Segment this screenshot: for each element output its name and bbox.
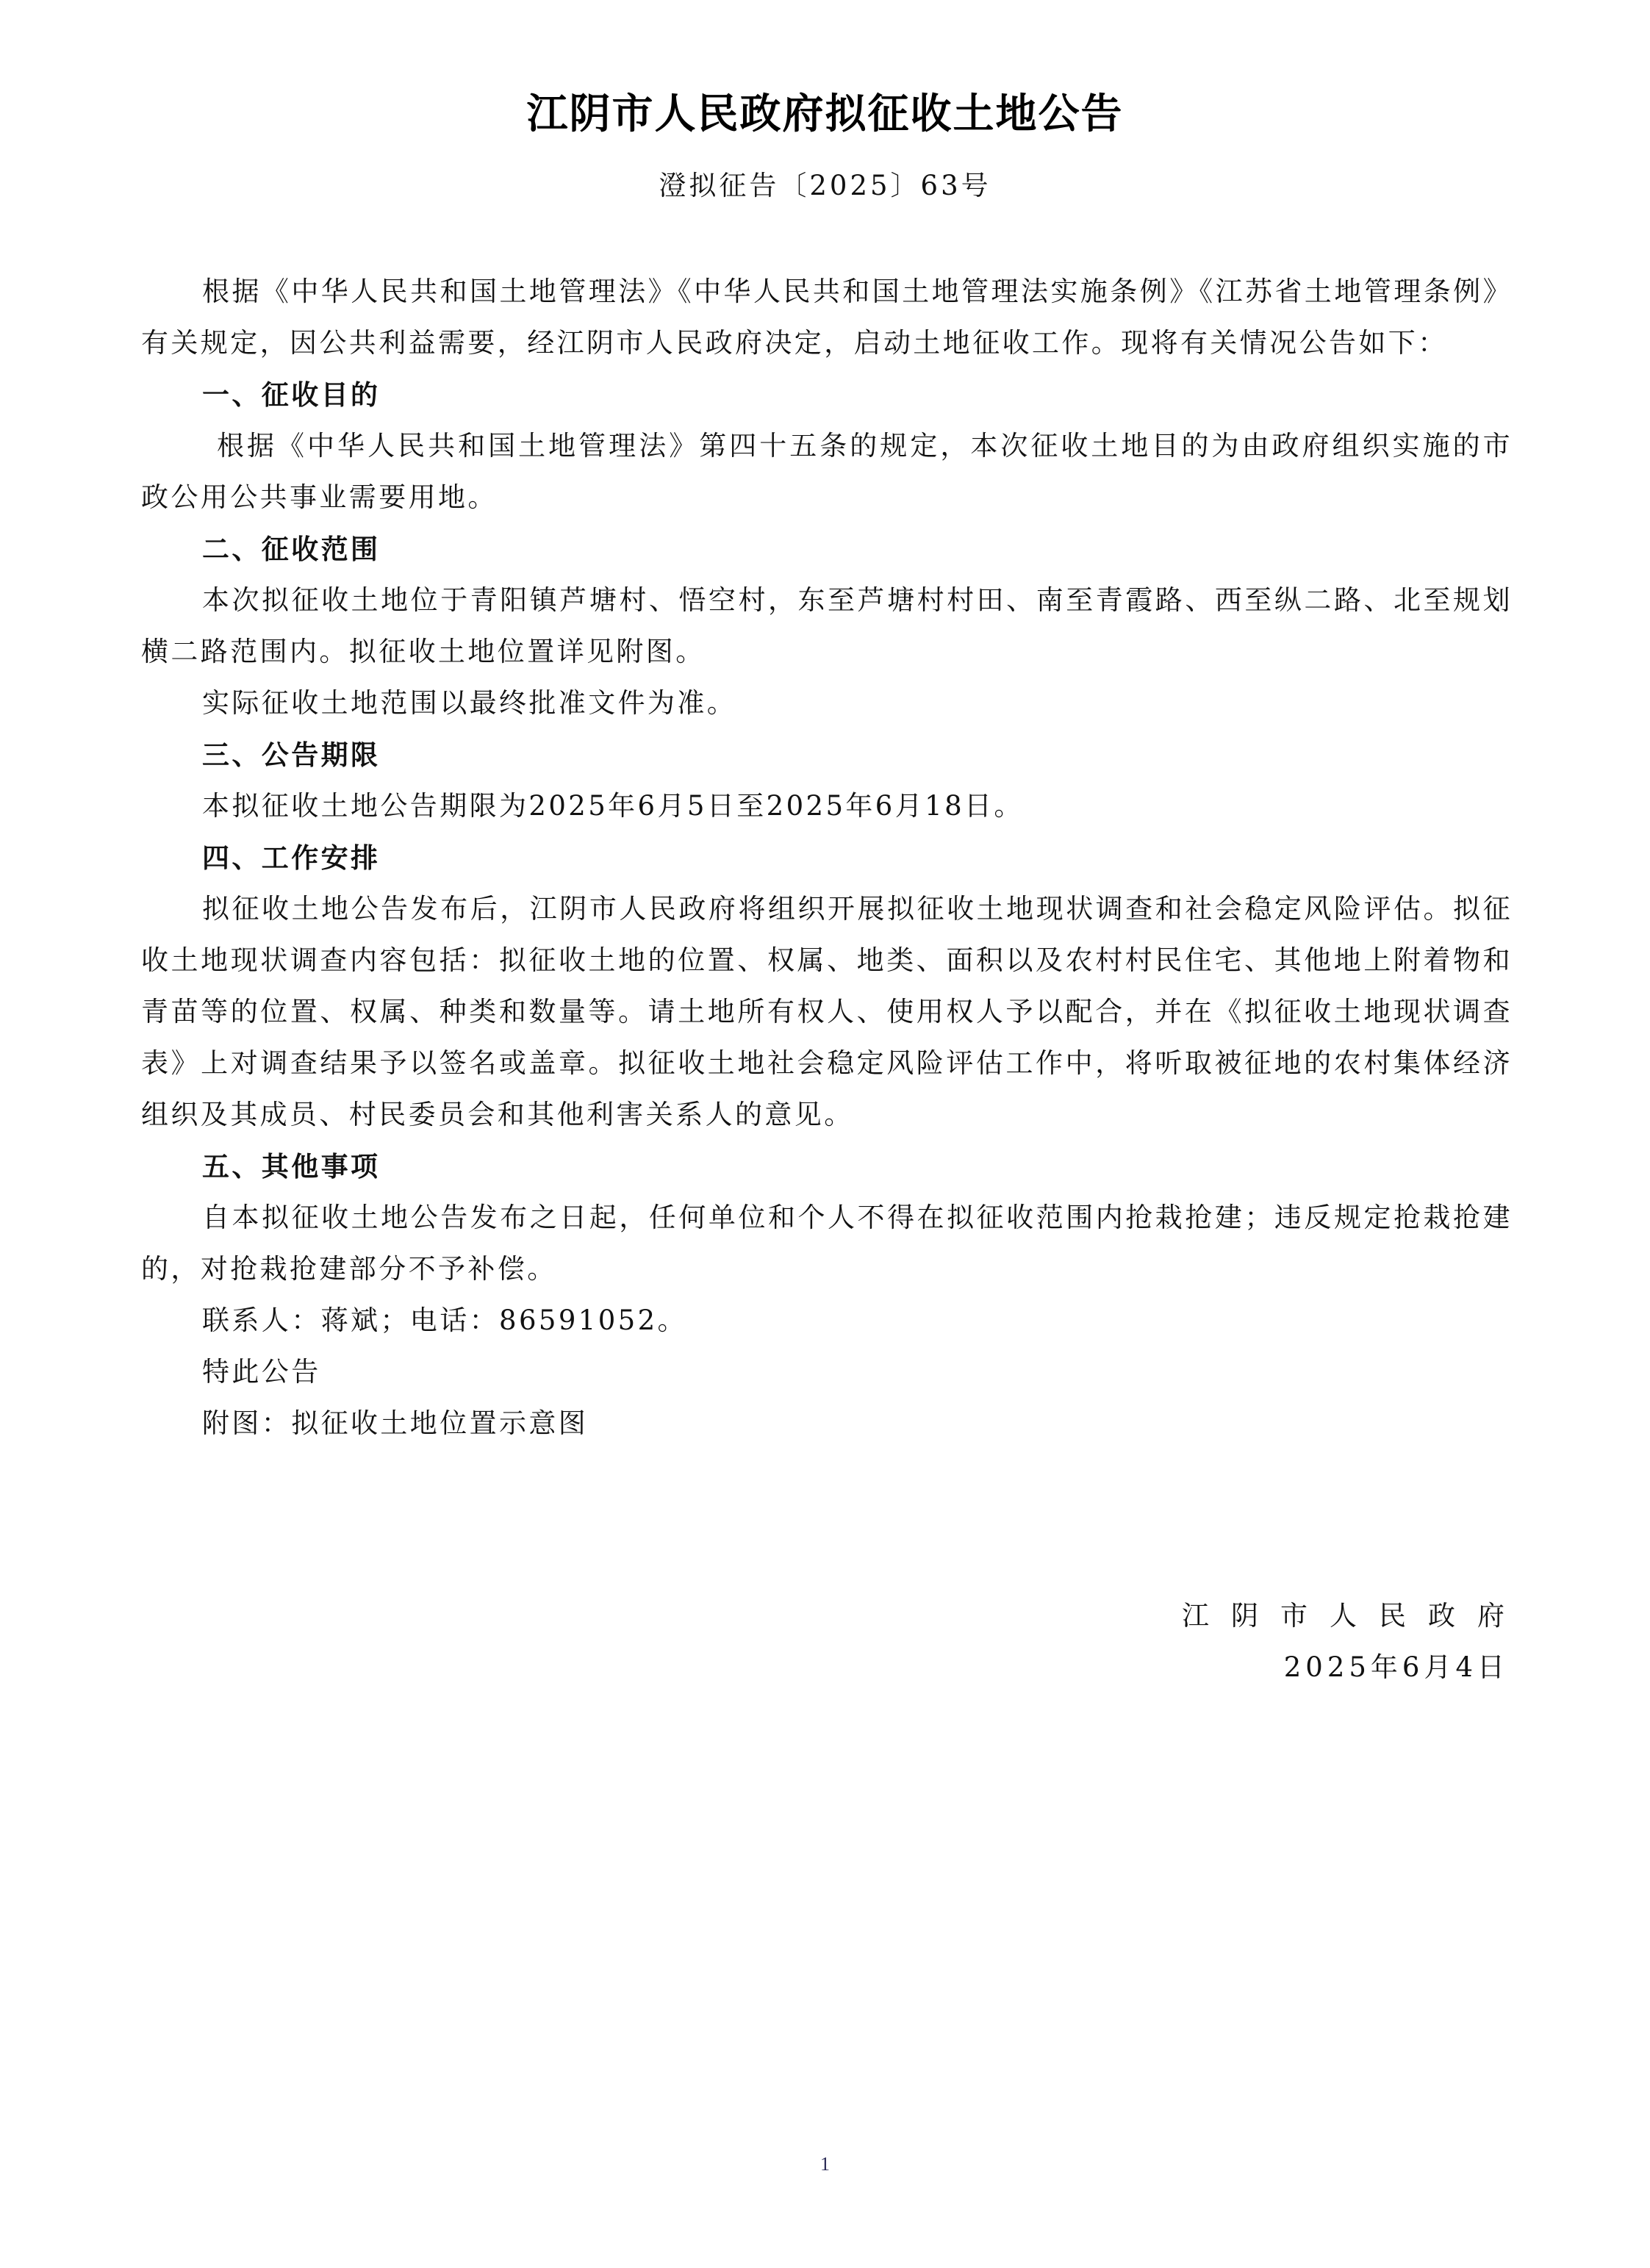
page-number: 1 xyxy=(0,2153,1650,2175)
section-heading-other: 五、其他事项 xyxy=(141,1141,1513,1192)
attachment-line: 附图：拟征收土地位置示意图 xyxy=(141,1398,1513,1449)
section-paragraph: 拟征收土地公告发布后，江阴市人民政府将组织开展拟征收土地现状调查和社会稳定风险评… xyxy=(141,883,1513,1141)
section-paragraph: 本次拟征收土地位于青阳镇芦塘村、悟空村，东至芦塘村村田、南至青霞路、西至纵二路、… xyxy=(141,575,1513,678)
issue-date: 2025年6月4日 xyxy=(1182,1642,1509,1693)
contact-line: 联系人：蒋斌；电话：86591052。 xyxy=(141,1295,1513,1346)
document-number: 澄拟征告〔2025〕63号 xyxy=(0,168,1650,204)
section-heading-scope: 二、征收范围 xyxy=(141,523,1513,575)
signature-block: 江阴市人民政府 2025年6月4日 xyxy=(1182,1590,1504,1693)
section-paragraph: 本拟征收土地公告期限为2025年6月5日至2025年6月18日。 xyxy=(141,780,1513,832)
document-page: 江阴市人民政府拟征收土地公告 澄拟征告〔2025〕63号 根据《中华人民共和国土… xyxy=(0,0,1650,2268)
section-heading-purpose: 一、征收目的 xyxy=(141,369,1513,420)
document-body: 根据《中华人民共和国土地管理法》《中华人民共和国土地管理法实施条例》《江苏省土地… xyxy=(141,266,1513,1449)
section-heading-period: 三、公告期限 xyxy=(141,729,1513,780)
document-title: 江阴市人民政府拟征收土地公告 xyxy=(0,87,1650,141)
section-paragraph: 自本拟征收土地公告发布之日起，任何单位和个人不得在拟征收范围内抢栽抢建；违反规定… xyxy=(141,1192,1513,1295)
issuing-organization: 江阴市人民政府 xyxy=(1182,1590,1527,1642)
section-paragraph: 根据《中华人民共和国土地管理法》第四十五条的规定，本次征收土地目的为由政府组织实… xyxy=(141,420,1513,523)
section-paragraph: 实际征收土地范围以最终批准文件为准。 xyxy=(141,678,1513,729)
closing-line: 特此公告 xyxy=(141,1346,1513,1398)
intro-paragraph: 根据《中华人民共和国土地管理法》《中华人民共和国土地管理法实施条例》《江苏省土地… xyxy=(141,266,1513,369)
section-heading-arrangements: 四、工作安排 xyxy=(141,832,1513,883)
